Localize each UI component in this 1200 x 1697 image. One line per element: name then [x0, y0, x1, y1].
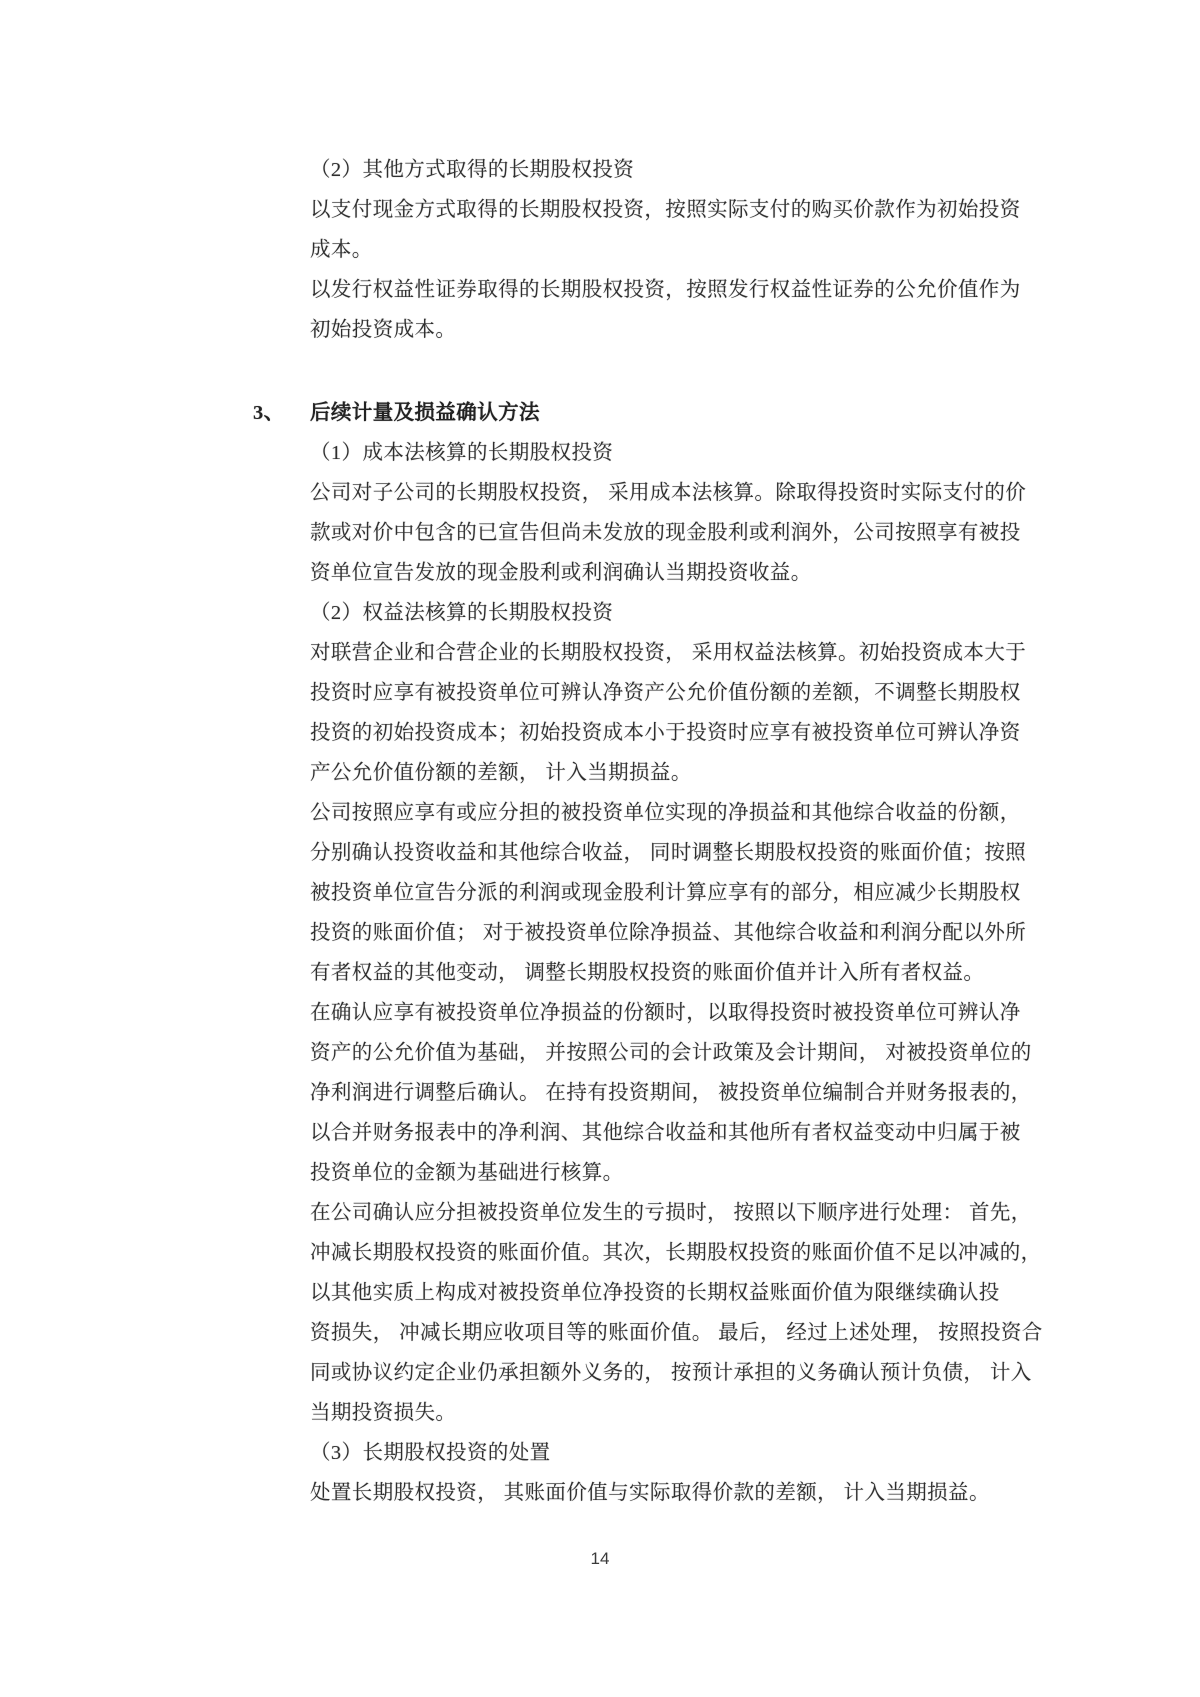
text-line: 同或协议约定企业仍承担额外义务的， 按预计承担的义务确认预计负债， 计入 [310, 1353, 1034, 1393]
text-line: （2）其他方式取得的长期股权投资 [310, 150, 1034, 190]
text-line: 被投资单位宣告分派的利润或现金股利计算应享有的部分，相应减少长期股权 [310, 873, 1034, 913]
text-line: 净利润进行调整后确认。 在持有投资期间， 被投资单位编制合并财务报表的， [310, 1073, 1034, 1113]
text-line: 成本。 [310, 230, 1034, 270]
text-line: 以支付现金方式取得的长期股权投资，按照实际支付的购买价款作为初始投资 [310, 190, 1034, 230]
text-line: （2）权益法核算的长期股权投资 [310, 593, 1034, 633]
text-line: 产公允价值份额的差额， 计入当期损益。 [310, 753, 1034, 793]
text-line: 资产的公允价值为基础， 并按照公司的会计政策及会计期间， 对被投资单位的 [310, 1033, 1034, 1073]
text-line: 在公司确认应分担被投资单位发生的亏损时， 按照以下顺序进行处理： 首先， [310, 1193, 1034, 1233]
text-line: 当期投资损失。 [310, 1393, 1034, 1433]
text-line: 冲减长期股权投资的账面价值。其次，长期股权投资的账面价值不足以冲减的， [310, 1233, 1034, 1273]
text-line: 以合并财务报表中的净利润、其他综合收益和其他所有者权益变动中归属于被 [310, 1113, 1034, 1153]
text-line: 以其他实质上构成对被投资单位净投资的长期权益账面价值为限继续确认投 [310, 1273, 1034, 1313]
text-line: 资损失， 冲减长期应收项目等的账面价值。 最后， 经过上述处理， 按照投资合 [310, 1313, 1034, 1353]
section-title: 后续计量及损益确认方法 [310, 402, 540, 424]
section-heading: 3、后续计量及损益确认方法 [253, 393, 1034, 433]
section-number: 3、 [253, 393, 310, 433]
text-line: 初始投资成本。 [310, 310, 1034, 350]
text-line: 处置长期股权投资， 其账面价值与实际取得价款的差额， 计入当期损益。 [310, 1473, 1034, 1513]
text-line: 投资的初始投资成本；初始投资成本小于投资时应享有被投资单位可辨认净资 [310, 713, 1034, 753]
text-line: 在确认应享有被投资单位净损益的份额时，以取得投资时被投资单位可辨认净 [310, 993, 1034, 1033]
text-line: （1）成本法核算的长期股权投资 [310, 433, 1034, 473]
text-line: 公司按照应享有或应分担的被投资单位实现的净损益和其他综合收益的份额， [310, 793, 1034, 833]
text-line: 对联营企业和合营企业的长期股权投资， 采用权益法核算。初始投资成本大于 [310, 633, 1034, 673]
text-line: 分别确认投资收益和其他综合收益， 同时调整长期股权投资的账面价值；按照 [310, 833, 1034, 873]
text-line: 有者权益的其他变动， 调整长期股权投资的账面价值并计入所有者权益。 [310, 953, 1034, 993]
text-line: 投资单位的金额为基础进行核算。 [310, 1153, 1034, 1193]
text-line: 投资时应享有被投资单位可辨认净资产公允价值份额的差额，不调整长期股权 [310, 673, 1034, 713]
text-line: 公司对子公司的长期股权投资， 采用成本法核算。除取得投资时实际支付的价 [310, 473, 1034, 513]
page-number: 14 [0, 1549, 1200, 1569]
text-line: 款或对价中包含的已宣告但尚未发放的现金股利或利润外，公司按照享有被投 [310, 513, 1034, 553]
text-line: 以发行权益性证券取得的长期股权投资，按照发行权益性证券的公允价值作为 [310, 270, 1034, 310]
text-line: 资单位宣告发放的现金股利或利润确认当期投资收益。 [310, 553, 1034, 593]
text-line: （3）长期股权投资的处置 [310, 1433, 1034, 1473]
document-body: （2）其他方式取得的长期股权投资以支付现金方式取得的长期股权投资，按照实际支付的… [310, 150, 1034, 1513]
text-line: 投资的账面价值； 对于被投资单位除净损益、其他综合收益和利润分配以外所 [310, 913, 1034, 953]
